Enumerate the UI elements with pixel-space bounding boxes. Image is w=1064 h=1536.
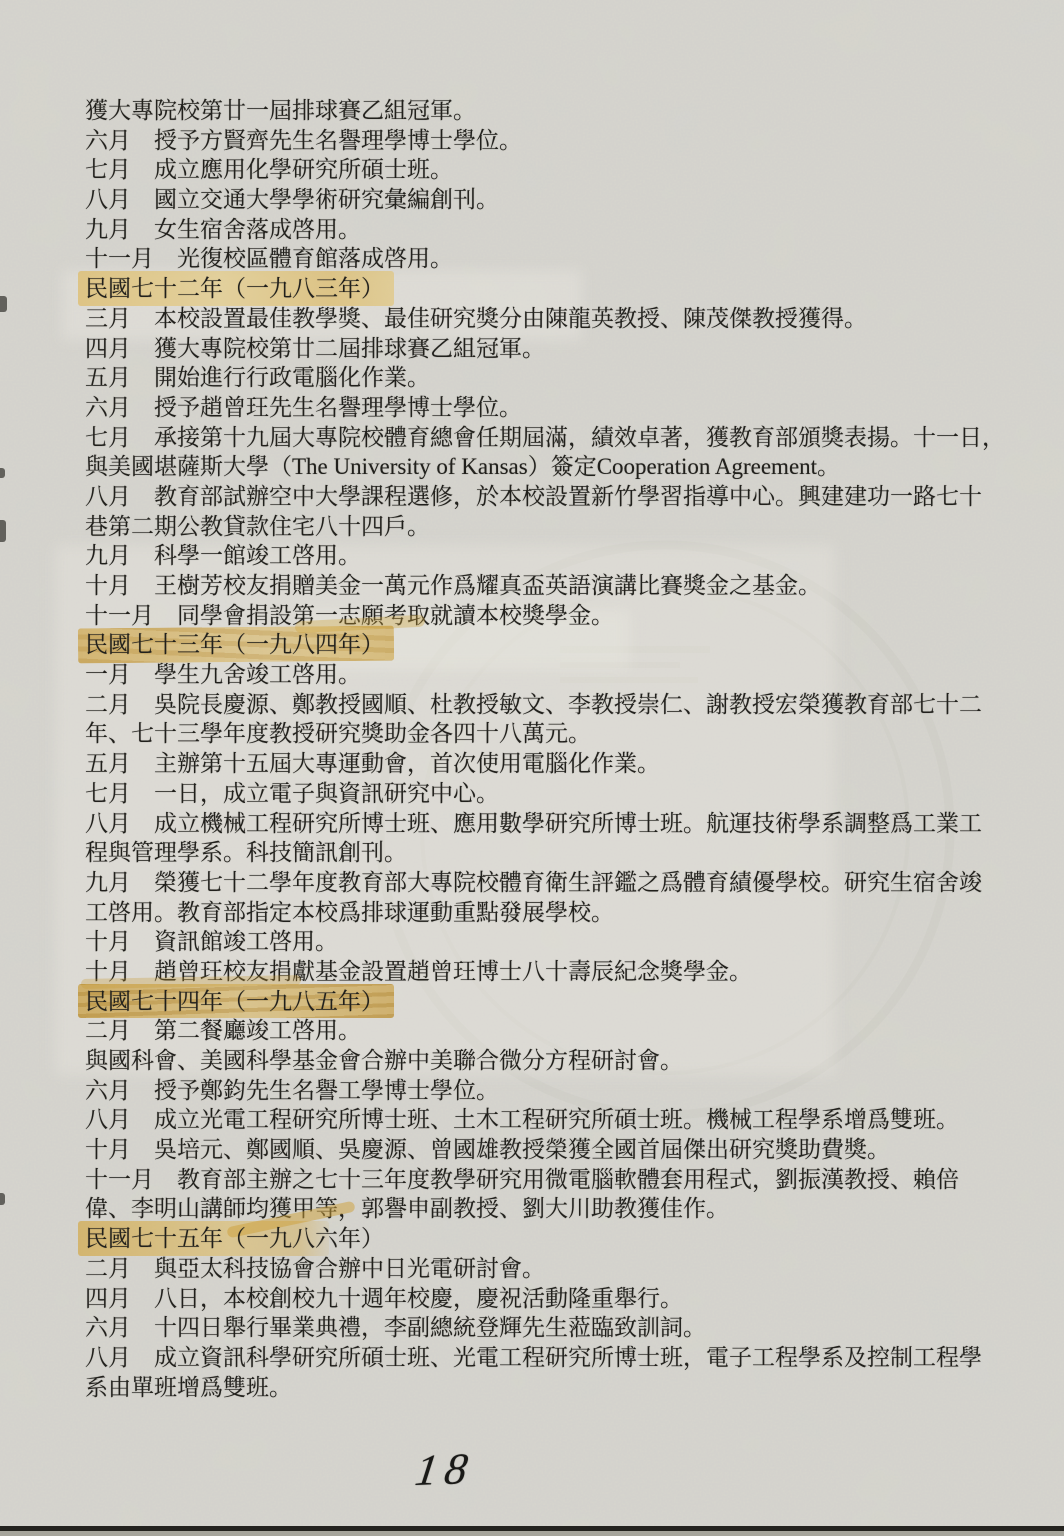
text-line: 巷第二期公教貸款住宅八十四戶。	[85, 512, 1015, 542]
line-text: 八月 成立光電工程研究所博士班、土木工程研究所碩士班。機械工程學系增爲雙班。	[85, 1107, 959, 1132]
year-heading: 民國七十三年（一九八四年）	[85, 630, 1015, 660]
line-text: 六月 十四日舉行畢業典禮，李副總統登輝先生蒞臨致訓詞。	[85, 1315, 706, 1340]
text-line: 十一月 教育部主辦之七十三年度教學研究用微電腦軟體套用程式，劉振漢教授、賴倍	[85, 1165, 1015, 1195]
text-line: 三月 本校設置最佳教學獎、最佳研究獎分由陳龍英教授、陳茂傑教授獲得。	[85, 304, 1015, 334]
line-text: 九月 榮獲七十二學年度教育部大專院校體育衛生評鑑之爲體育績優學校。研究生宿舍竣	[85, 870, 982, 895]
line-text: 七月 成立應用化學研究所碩士班。	[85, 157, 453, 182]
line-text: 十一月 光復校區體育館落成啓用。	[85, 246, 453, 271]
text-line: 八月 成立光電工程研究所博士班、土木工程研究所碩士班。機械工程學系增爲雙班。	[85, 1105, 1015, 1135]
text-line: 與國科會、美國科學基金會合辦中美聯合微分方程研討會。	[85, 1046, 1015, 1076]
line-text: 年、七十三學年度教授研究獎助金各四十八萬元。	[85, 721, 591, 746]
line-text: 五月 開始進行行政電腦化作業。	[85, 365, 430, 390]
text-line: 年、七十三學年度教授研究獎助金各四十八萬元。	[85, 719, 1015, 749]
line-text: 二月 第二餐廳竣工啓用。	[85, 1018, 361, 1043]
line-text: 十月 王樹芳校友捐贈美金一萬元作爲耀真盃英語演講比賽獎金之基金。	[85, 573, 821, 598]
text-line: 獲大專院校第廿一屆排球賽乙組冠軍。	[85, 96, 1015, 126]
text-line: 六月 授予方賢齊先生名譽理學博士學位。	[85, 126, 1015, 156]
text-line: 十一月 同學會捐設第一志願考取就讀本校獎學金。	[85, 601, 1015, 631]
line-text: 十一月 教育部主辦之七十三年度教學研究用微電腦軟體套用程式，劉振漢教授、賴倍	[85, 1167, 959, 1192]
line-text: 八月 成立機械工程研究所博士班、應用數學研究所博士班。航運技術學系調整爲工業工	[85, 811, 982, 836]
line-text: 系由單班增爲雙班。	[85, 1375, 292, 1400]
line-text: 獲大專院校第廿一屆排球賽乙組冠軍。	[85, 98, 476, 123]
line-text: 民國七十二年（一九八三年）	[85, 274, 384, 304]
scan-artifact	[0, 468, 5, 478]
scan-artifact	[0, 520, 6, 542]
text-line: 十月 王樹芳校友捐贈美金一萬元作爲耀真盃英語演講比賽獎金之基金。	[85, 571, 1015, 601]
year-heading: 民國七十五年（一九八六年）	[85, 1224, 1015, 1254]
line-text: 八月 教育部試辦空中大學課程選修，於本校設置新竹學習指導中心。興建建功一路七十	[85, 484, 982, 509]
line-text: 七月 一日，成立電子與資訊研究中心。	[85, 781, 499, 806]
text-line: 七月 承接第十九屆大專院校體育總會任期屆滿，績效卓著，獲教育部頒獎表揚。十一日，	[85, 423, 1015, 453]
text-line: 二月 與亞太科技協會合辦中日光電研討會。	[85, 1254, 1015, 1284]
line-text: 三月 本校設置最佳教學獎、最佳研究獎分由陳龍英教授、陳茂傑教授獲得。	[85, 306, 867, 331]
scan-bottom-edge-shadow	[0, 1531, 1064, 1536]
text-line: 九月 女生宿舍落成啓用。	[85, 215, 1015, 245]
text-line: 七月 一日，成立電子與資訊研究中心。	[85, 779, 1015, 809]
text-line: 偉、李明山講師均獲甲等，郭譽申副教授、劉大川助教獲佳作。	[85, 1194, 1015, 1224]
chronology-text: 獲大專院校第廿一屆排球賽乙組冠軍。六月 授予方賢齊先生名譽理學博士學位。七月 成…	[85, 96, 1015, 1402]
text-line: 八月 國立交通大學學術研究彙編創刊。	[85, 185, 1015, 215]
line-text: 七月 承接第十九屆大專院校體育總會任期屆滿，績效卓著，獲教育部頒獎表揚。十一日，	[85, 425, 1005, 450]
scan-artifact	[0, 296, 7, 312]
text-line: 四月 獲大專院校第廿二屆排球賽乙組冠軍。	[85, 334, 1015, 364]
text-line: 六月 授予趙曾玨先生名譽理學博士學位。	[85, 393, 1015, 423]
text-line: 五月 主辦第十五屆大專運動會，首次使用電腦化作業。	[85, 749, 1015, 779]
line-text: 六月 授予鄭鈞先生名譽工學博士學位。	[85, 1078, 499, 1103]
text-line: 八月 教育部試辦空中大學課程選修，於本校設置新竹學習指導中心。興建建功一路七十	[85, 482, 1015, 512]
text-line: 六月 授予鄭鈞先生名譽工學博士學位。	[85, 1076, 1015, 1106]
line-text: 八月 國立交通大學學術研究彙編創刊。	[85, 187, 499, 212]
handwritten-page-number: 18	[412, 1443, 478, 1496]
line-text: 民國七十三年（一九八四年）	[85, 630, 384, 660]
text-line: 八月 成立資訊科學研究所碩士班、光電工程研究所博士班，電子工程學系及控制工程學	[85, 1343, 1015, 1373]
line-text: 九月 科學一館竣工啓用。	[85, 543, 361, 568]
line-text: 與美國堪薩斯大學（The University of Kansas）簽定Coop…	[85, 454, 840, 479]
line-text: 六月 授予趙曾玨先生名譽理學博士學位。	[85, 395, 522, 420]
text-line: 五月 開始進行行政電腦化作業。	[85, 363, 1015, 393]
text-line: 七月 成立應用化學研究所碩士班。	[85, 155, 1015, 185]
line-text: 二月 與亞太科技協會合辦中日光電研討會。	[85, 1256, 545, 1281]
text-line: 系由單班增爲雙班。	[85, 1373, 1015, 1403]
text-line: 十月 吳培元、鄭國順、吳慶源、曾國雄教授榮獲全國首屆傑出研究獎助費獎。	[85, 1135, 1015, 1165]
text-line: 二月 第二餐廳竣工啓用。	[85, 1016, 1015, 1046]
year-heading: 民國七十二年（一九八三年）	[85, 274, 1015, 304]
line-text: 十月 資訊館竣工啓用。	[85, 929, 338, 954]
text-line: 二月 吳院長慶源、鄭教授國順、杜教授敏文、李教授崇仁、謝教授宏榮獲教育部七十二	[85, 690, 1015, 720]
line-text: 九月 女生宿舍落成啓用。	[85, 217, 361, 242]
line-text: 十月 吳培元、鄭國順、吳慶源、曾國雄教授榮獲全國首屆傑出研究獎助費獎。	[85, 1137, 890, 1162]
page-number-text: 18	[412, 1444, 477, 1495]
text-line: 八月 成立機械工程研究所博士班、應用數學研究所博士班。航運技術學系調整爲工業工	[85, 809, 1015, 839]
text-line: 一月 學生九舍竣工啓用。	[85, 660, 1015, 690]
text-line: 九月 榮獲七十二學年度教育部大專院校體育衛生評鑑之爲體育績優學校。研究生宿舍竣	[85, 868, 1015, 898]
line-text: 二月 吳院長慶源、鄭教授國順、杜教授敏文、李教授崇仁、謝教授宏榮獲教育部七十二	[85, 692, 982, 717]
line-text: 四月 獲大專院校第廿二屆排球賽乙組冠軍。	[85, 336, 545, 361]
text-line: 程與管理學系。科技簡訊創刊。	[85, 838, 1015, 868]
line-text: 五月 主辦第十五屆大專運動會，首次使用電腦化作業。	[85, 751, 660, 776]
text-line: 九月 科學一館竣工啓用。	[85, 541, 1015, 571]
text-line: 工啓用。教育部指定本校爲排球運動重點發展學校。	[85, 898, 1015, 928]
text-line: 四月 八日，本校創校九十週年校慶，慶祝活動隆重舉行。	[85, 1284, 1015, 1314]
line-text: 六月 授予方賢齊先生名譽理學博士學位。	[85, 128, 522, 153]
text-line: 十月 資訊館竣工啓用。	[85, 927, 1015, 957]
line-text: 與國科會、美國科學基金會合辦中美聯合微分方程研討會。	[85, 1048, 683, 1073]
line-text: 程與管理學系。科技簡訊創刊。	[85, 840, 407, 865]
line-text: 民國七十四年（一九八五年）	[85, 987, 384, 1017]
line-text: 工啓用。教育部指定本校爲排球運動重點發展學校。	[85, 900, 614, 925]
line-text: 巷第二期公教貸款住宅八十四戶。	[85, 514, 430, 539]
line-text: 偉、李明山講師均獲甲等，郭譽申副教授、劉大川助教獲佳作。	[85, 1196, 729, 1221]
document-page: 獲大專院校第廿一屆排球賽乙組冠軍。六月 授予方賢齊先生名譽理學博士學位。七月 成…	[0, 0, 1064, 1536]
year-heading: 民國七十四年（一九八五年）	[85, 987, 1015, 1017]
line-text: 四月 八日，本校創校九十週年校慶，慶祝活動隆重舉行。	[85, 1286, 683, 1311]
scan-artifact	[0, 1193, 5, 1205]
text-line: 六月 十四日舉行畢業典禮，李副總統登輝先生蒞臨致訓詞。	[85, 1313, 1015, 1343]
text-line: 與美國堪薩斯大學（The University of Kansas）簽定Coop…	[85, 452, 1015, 482]
text-line: 十一月 光復校區體育館落成啓用。	[85, 244, 1015, 274]
line-text: 民國七十五年（一九八六年）	[85, 1224, 384, 1254]
line-text: 一月 學生九舍竣工啓用。	[85, 662, 361, 687]
line-text: 八月 成立資訊科學研究所碩士班、光電工程研究所博士班，電子工程學系及控制工程學	[85, 1345, 982, 1370]
